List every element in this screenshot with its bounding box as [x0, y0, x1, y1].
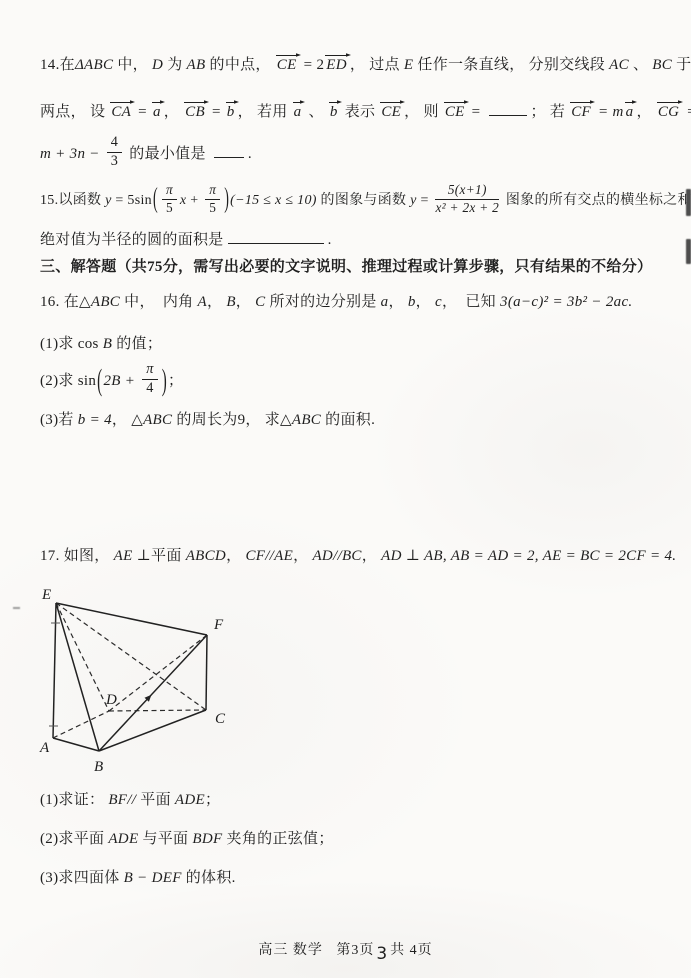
- text-run: (1)求: [40, 336, 78, 352]
- text-run: A: [198, 294, 207, 310]
- text-run: ，: [362, 548, 381, 564]
- text-run: =: [208, 104, 225, 120]
- text-run: 的最小值是: [125, 146, 210, 162]
- edge-DF: [109, 635, 207, 711]
- text-run: ，: [388, 294, 407, 310]
- text-run: ， 求: [245, 412, 280, 428]
- problem-14-line-3: m + 3n − 43 的最小值是 .: [40, 131, 252, 177]
- text-run: = n: [682, 104, 691, 120]
- problem-15-line-2: 绝对值为半径的圆的面积是.: [40, 229, 332, 251]
- text-run: = m: [594, 104, 624, 120]
- text-run: (1)求证：: [40, 792, 108, 808]
- text-run: ，: [112, 412, 131, 428]
- text-run: 夹角的正弦值；: [222, 831, 333, 847]
- text-run: (3)求四面体: [40, 870, 124, 886]
- text-run: ADE: [108, 831, 138, 847]
- text-run: AC: [609, 57, 629, 73]
- text-run: ；: [168, 373, 183, 389]
- text-run: C: [255, 294, 265, 310]
- text-run: ，: [416, 294, 435, 310]
- text-run: (2)求平面: [40, 831, 108, 847]
- vertex-label-B: B: [94, 759, 103, 775]
- answer-blank: [489, 102, 527, 116]
- problem-17-part-1: (1)求证： BF// 平面 ADE；: [40, 789, 220, 811]
- text-run: ，: [207, 294, 226, 310]
- text-run: 的图象与函数: [317, 193, 410, 208]
- vector-CG: CG: [658, 104, 679, 120]
- exam-page: { "sym": { "lp": "(", "rp": ")" }, "p14"…: [0, 0, 691, 978]
- text-run: .: [248, 146, 252, 162]
- text-run: B: [103, 336, 112, 352]
- numerator: π: [142, 362, 157, 380]
- section-3-header: 三、解答题（共75分，需写出必要的文字说明、推理过程或计算步骤，只有结果的不给分…: [40, 256, 652, 278]
- text-run: (−15 ≤ x ≤ 10): [230, 193, 317, 208]
- text-run: 两点， 设: [40, 104, 109, 120]
- text-run: B: [226, 294, 235, 310]
- problem-16-part-2: (2)求 sin(2B + π4)；: [40, 356, 183, 407]
- text-run: c: [435, 294, 442, 310]
- vector-CE: CE: [445, 104, 465, 120]
- edge-CF: [206, 635, 207, 710]
- text-run: sin: [78, 373, 96, 389]
- answer-blank: [228, 230, 324, 244]
- text-run: b = 4: [78, 412, 112, 428]
- vector-CE: CE: [277, 57, 297, 73]
- text-run: BC: [652, 57, 672, 73]
- solid-figure: E F D C A B: [18, 583, 248, 783]
- text-run: 所对的边分别是: [265, 294, 380, 310]
- scan-artifact: [686, 189, 691, 216]
- text-run: 14.在: [40, 57, 75, 73]
- text-run: △ABC: [131, 412, 172, 428]
- fraction: 43: [107, 135, 122, 170]
- text-run: ， 过点: [350, 57, 404, 73]
- text-run: +: [186, 193, 202, 208]
- problem-17-line-1: 17. 如图， AE ⊥平面 ABCD， CF//AE， AD//BC， AD …: [40, 545, 676, 567]
- text-run: =: [468, 104, 485, 120]
- numerator: 5(x+1): [435, 183, 499, 200]
- problem-14-line-2: 两点， 设 CA = a， CB = b， 若用 a 、 b 表示 CE， 则 …: [40, 101, 691, 123]
- text-run: 图象的所有交点的横坐标之和的: [502, 193, 691, 208]
- vector-CA: CA: [111, 104, 131, 120]
- text-run: 的值；: [112, 336, 162, 352]
- text-run: 表示: [341, 104, 380, 120]
- text-run: 的中点，: [205, 57, 274, 73]
- footer-course: 高三 数学: [258, 943, 336, 958]
- text-run: =: [417, 193, 433, 208]
- text-run: ，: [226, 548, 245, 564]
- text-run: 的周长为: [172, 412, 237, 428]
- edge-EB: [56, 603, 99, 751]
- text-run: ⊥平面: [133, 548, 186, 564]
- edge-BC: [99, 710, 206, 751]
- text-run: ΔABC: [75, 57, 113, 73]
- numerator: 4: [107, 135, 122, 153]
- text-run: 17. 如图，: [40, 548, 114, 564]
- vector-b: b: [227, 104, 235, 120]
- denominator: 3: [107, 153, 122, 170]
- vector-a: a: [626, 104, 634, 120]
- vertex-label-A: A: [39, 740, 50, 756]
- text-run: AB = AD = 2,: [447, 548, 539, 564]
- numerator: π: [162, 183, 177, 200]
- vector-a: a: [294, 104, 302, 120]
- numerator: π: [205, 183, 220, 200]
- edge-DC: [109, 710, 206, 711]
- scan-artifact: [686, 239, 691, 264]
- footer-total-pages: 共 4页: [390, 943, 433, 958]
- text-run: ， 若用: [238, 104, 292, 120]
- problem-14-line-1: 14.在ΔABC 中， D 为 AB 的中点， CE = 2ED， 过点 E 任…: [40, 54, 691, 76]
- text-run: ， 则: [404, 104, 443, 120]
- text-run: AD//BC: [312, 548, 361, 564]
- text-run: 的体积.: [182, 870, 236, 886]
- text-run: m + 3n −: [40, 146, 104, 162]
- text-run: AB: [187, 57, 206, 73]
- vector-CF: CF: [571, 104, 591, 120]
- problem-16-part-3: (3)若 b = 4， △ABC 的周长为9， 求△ABC 的面积.: [40, 409, 375, 431]
- text-run: 15.以函数: [40, 193, 105, 208]
- text-run: ； 若: [531, 104, 570, 120]
- text-run: (3)若: [40, 412, 78, 428]
- denominator: x² + 2x + 2: [435, 200, 499, 216]
- text-run: 中，: [113, 57, 152, 73]
- text-run: E: [404, 57, 413, 73]
- text-run: 2B +: [103, 373, 139, 389]
- text-run: 平面: [136, 792, 175, 808]
- text-run: AD ⊥ AB,: [381, 548, 447, 564]
- text-run: ，: [236, 294, 255, 310]
- page-footer: 高三 数学 第3页3共 4页: [0, 939, 691, 959]
- section-title: 三、解答题（共75分，需写出必要的文字说明、推理过程或计算步骤，只有结果的不给分…: [40, 259, 652, 275]
- fraction: π5: [205, 183, 220, 216]
- text-run: = 2: [300, 57, 325, 73]
- text-run: =: [134, 104, 151, 120]
- vertex-label-E: E: [41, 587, 51, 603]
- text-run: 16. 在: [40, 294, 79, 310]
- text-run: ，: [636, 104, 655, 120]
- text-run: = 5sin: [112, 193, 152, 208]
- text-run: 、: [629, 57, 652, 73]
- text-run: 绝对值为半径的圆的面积是: [40, 232, 224, 248]
- denominator: 4: [142, 380, 157, 397]
- text-run: CF//AE: [245, 548, 293, 564]
- fraction: π5: [162, 183, 177, 216]
- problem-15-line-1: 15.以函数 y = 5sin(π5x + π5)(−15 ≤ x ≤ 10) …: [40, 178, 691, 224]
- text-run: .: [328, 232, 332, 248]
- text-run: D: [152, 57, 163, 73]
- vertex-label-C: C: [215, 711, 226, 727]
- text-run: AE = BC = 2CF = 4.: [539, 548, 676, 564]
- text-run: △ABC: [79, 294, 120, 310]
- denominator: 5: [205, 200, 220, 216]
- text-run: 的面积.: [321, 412, 375, 428]
- scan-artifact: [13, 607, 20, 609]
- text-run: (2)求: [40, 373, 78, 389]
- vector-b: b: [330, 104, 338, 120]
- vector-CE: CE: [381, 104, 401, 120]
- text-run: ；: [205, 792, 220, 808]
- fraction: 5(x+1)x² + 2x + 2: [435, 183, 499, 216]
- text-run: ，: [293, 548, 312, 564]
- text-run: AE: [114, 548, 133, 564]
- text-run: ，: [164, 104, 183, 120]
- text-run: 、: [304, 104, 327, 120]
- text-run: 任作一条直线， 分别交线段: [413, 57, 609, 73]
- text-run: 于: [672, 57, 691, 73]
- text-run: 与平面: [138, 831, 192, 847]
- vertex-label-F: F: [213, 617, 224, 633]
- text-run: ADE: [175, 792, 205, 808]
- vector-ED: ED: [326, 57, 347, 73]
- text-run: BF//: [108, 792, 136, 808]
- problem-16-line-1: 16. 在△ABC 中， 内角 A， B， C 所对的边分别是 a， b， c，…: [40, 291, 632, 313]
- vector-CB: CB: [185, 104, 205, 120]
- edge-AD: [53, 711, 109, 738]
- vector-a: a: [153, 104, 161, 120]
- text-run: △ABC: [280, 412, 321, 428]
- text-run: BDF: [192, 831, 222, 847]
- text-run: B − DEF: [124, 870, 182, 886]
- text-run: 中， 内角: [120, 294, 197, 310]
- text-run: ， 已知: [442, 294, 500, 310]
- problem-17-part-3: (3)求四面体 B − DEF 的体积.: [40, 867, 236, 889]
- denominator: 5: [162, 200, 177, 216]
- edge-AB: [53, 738, 99, 751]
- problem-17-part-2: (2)求平面 ADE 与平面 BDF 夹角的正弦值；: [40, 828, 334, 850]
- footer-page-stamp: 3: [376, 944, 388, 964]
- text-run: 3(a−c)² = 3b² − 2ac.: [500, 294, 632, 310]
- text-run: b: [408, 294, 416, 310]
- vertex-label-D: D: [105, 692, 117, 708]
- text-run: ABCD: [186, 548, 226, 564]
- text-run: 为: [163, 57, 186, 73]
- footer-page: 第3页: [336, 943, 374, 958]
- fraction: π4: [142, 362, 157, 397]
